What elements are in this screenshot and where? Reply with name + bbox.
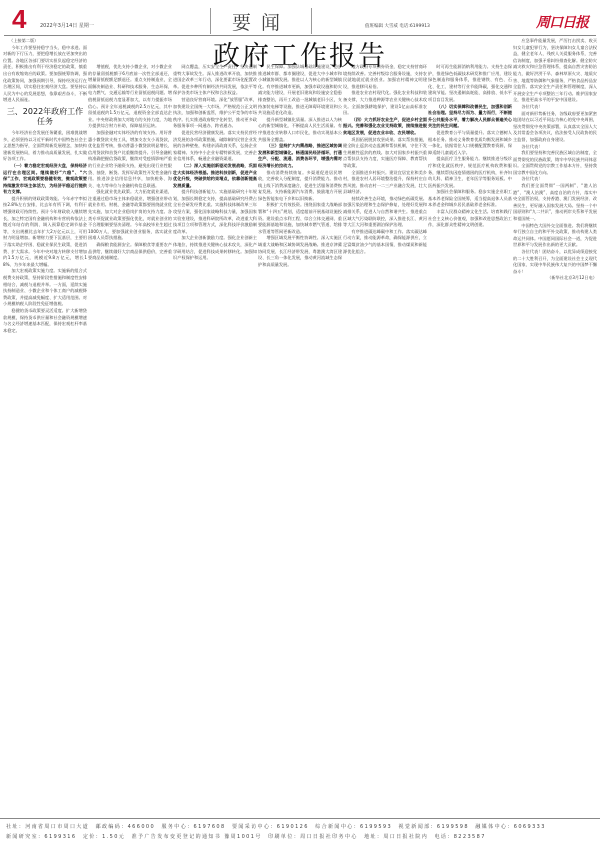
article-paragraph: 增值税，优先支持小微企业，对小微企业的存量留抵税额于6月底前一次性全部退还，增量… — [88, 64, 172, 130]
article-paragraph: 今年工作要坚持稳字当头、稳中求进。面对新的下行压力，要把稳增长放在更加突出的位置… — [3, 45, 87, 104]
footer-contact-line-1: 社址：河南省周口市周口大道 邮政编码：466000 服务中心：6197608 要… — [6, 823, 546, 830]
subsection-heading-paragraph: （四）大力抓好农业生产，促进乡村全面振兴。完善和强化农业支持政策，接续推进脱贫地… — [343, 117, 427, 137]
article-column-1: （上接第二版）今年工作要坚持稳字当头、稳中求进。面对新的下行压力，要把稳增长放在… — [3, 38, 87, 808]
article-paragraph: 我们要坚持和完善民族区域自治制度，全面贯彻党的民族政策，铸牢中华民族共同体意识。… — [513, 150, 597, 176]
page-header: 4 2022年3月14日 星期一 要闻 值班编辑 大雪威 电话:6199913 … — [0, 0, 600, 36]
subsection-heading-paragraph: （三）坚持扩大内需战略，推进区域协调发展和新型城镇化。畅通国民经济循环，打通生产… — [258, 143, 342, 169]
article-paragraph: 提升积极的财政政策效能。今年赤字率拟按2.8%左右安排，比去年有所下调，有利于增… — [3, 196, 87, 269]
article-column-7: 应急事件能量发展，严厉打击拐卖、收买妇女儿童犯罪行为，坚决保障妇女儿童合法权益，… — [513, 38, 597, 808]
article-paragraph: 有序推进碳达峰碳中和工作。落实碳达峰行动方案，推动能源革命，确保能源供应，立足富… — [343, 229, 427, 255]
article-paragraph: 加大宏观政策实施力度。实施新的组合式税费支持政策，坚持阶段性措施和制度性安排相结… — [3, 268, 87, 308]
section-name: 要闻 — [232, 8, 290, 35]
article-paragraph: 促进教育公平与质量提升。落实立德树人根本任务。推动义务教育优质均衡发展和城乡一体… — [428, 130, 512, 156]
article-column-2: 增值税，优先支持小微企业，对小微企业的存量留抵税额于6月底前一次性全部退还，增量… — [88, 38, 172, 834]
article-paragraph: 今年经济社会发展任务繁重，困难挑战增多，必须坚持以习近平新时代中国特色社会主义思… — [3, 130, 87, 163]
article-paragraph: 提高医疗卫生服务能力。继续推进分级诊疗和优化就医秩序，规范医疗机构收费和服务，继… — [428, 156, 512, 189]
article-paragraph: 增强区域发展平衡性协调性。深入实施区域重大战略和区域协调发展战略。推进京津冀协同… — [258, 235, 342, 268]
article-headline: 政府工作报告 — [180, 40, 420, 74]
article-column-5: 地方政府专项债券资金，稳定支持营商环境持续改善。完善村级综合服务设施，支持农民就… — [343, 38, 427, 834]
article-paragraph: 推进农业农村现代化。强化农业科技和装备支撑，大力推进种源等农业关键核心技术攻关。… — [343, 90, 427, 116]
editor-info: 值班编辑 大雪威 电话:6199913 — [365, 23, 430, 29]
dateline: （新华社北京3月12日电） — [513, 275, 597, 282]
article-paragraph: 各位代表！ — [513, 104, 597, 111]
article-paragraph: 推动消费持续恢复。多渠道促进居民增收，完善收入分配制度，提升消费能力。推动线上线… — [258, 170, 342, 203]
article-paragraph: 全面推进乡村振兴。建设宜居宜业和美乡村，推进农村人居环境整治提升，保持村庄自然风… — [343, 170, 427, 196]
article-paragraph: 加大企业创新激励力度。强化企业创新主体地位，持续推进关键核心技术攻关，深化产学研… — [173, 235, 257, 261]
article-paragraph: 加强金融对实体经济的有效支持。用好普惠小微贷款支持工具，增加支农支小再贷款，优化… — [88, 130, 172, 189]
article-paragraph: 加强社会保障和服务。稳步实施企业职工基本养老保险全国统筹，适当提高退休人员基本养… — [428, 189, 512, 209]
article-paragraph: 提升新型城镇化质量。深入推进以人为核心的新型城镇化，不断提高人民生活质量。有序推… — [258, 117, 342, 143]
article-paragraph: 时可再生能源消纳利用能力。支持生态保护，推进绿色低碳技术研发和推广应用，建设绿色… — [428, 64, 512, 104]
article-paragraph: 中国特色大国外交全面推进。我们将继续奉行独立自主的和平外交政策，推动构建人类命运… — [513, 223, 597, 249]
footer-contact-line-2: 新闻研究室：6199316 定价：1.50元 准予广告发布变更登记的通知书 豫周… — [6, 833, 486, 840]
section-heading: 三、2022年政府工作任务 — [3, 107, 87, 127]
article-paragraph: 营造良好营商环境。深化“放管服”改革，加快建设全国统一大市场，严格规范公正文明执… — [173, 97, 257, 130]
article-paragraph: 应急事件能量发展，严厉打击拐卖、收买妇女儿童犯罪行为，坚决保障妇女儿童合法权益，… — [513, 38, 597, 104]
article-paragraph: 面对新形势新任务，各级政府要更加紧密地团结在以习近平同志为核心的党中央周围，坚决… — [513, 111, 597, 144]
newspaper-logo: 周口日报 — [536, 12, 588, 32]
subsection-heading-paragraph: （八）切实保障和改善民生，加强和创新社会治理。坚持尽力而为、量力而行，不断提升公… — [428, 104, 512, 130]
subsection-heading-paragraph: （二）深入实施创新驱动发展战略，巩固壮大实体经济根基。推进科技创新，促进产业优化… — [173, 163, 257, 189]
article-paragraph: 持续改善生态环境，推动绿色低碳发展。加强污染治理和生态保护修复，处理好发展和减排… — [343, 196, 427, 229]
continued-from-note: （上接第二版） — [9, 38, 87, 45]
header-divider — [4, 35, 596, 36]
article-paragraph: 巩固拓展脱贫攻坚成果。落实帮扶措施，健全防止返贫动态监测和帮扶机制，守住不发生规… — [343, 137, 427, 170]
subsection-heading-paragraph: （一）着力稳定宏观经济大盘，保持经济运行在合理区间。继续做好“六稳”、“六保”工… — [3, 163, 87, 196]
article-column-3: 网点覆盖，压实安全生产责任，坚决遏制重特大事故发生。深入推进改革开放，加快推进国… — [173, 38, 257, 834]
article-paragraph: 强化就业优先政策。大力拓宽就业渠道，注重通过稳市场主体来稳就业，增强创业带动就业… — [88, 189, 172, 242]
section-label-box: 要闻 — [210, 8, 312, 34]
issue-date: 2022年3月14日 星期一 — [40, 22, 94, 29]
article-paragraph: 我们要全面贯彻“一国两制”、“港人治港”、“澳人治澳”、高度自治的方针，落实中央… — [513, 183, 597, 223]
article-paragraph: 促进民营经济健康发展。落实支持民营经济发展的各项政策措施，破除制约民营企业发展的… — [173, 130, 257, 163]
article-body: （上接第二版）今年工作要坚持稳字当头、稳中求进。面对新的下行压力，要把稳增长放在… — [3, 38, 597, 808]
article-paragraph: 各位代表！团结奋斗，以优异成绩迎接党的二十大胜利召开，为全面建设社会主义现代化国… — [513, 249, 597, 275]
page-footer: 社址：河南省周口市周口大道 邮政编码：466000 服务中心：6197608 要… — [0, 818, 600, 847]
article-paragraph: 积极扩大有效投资。围绕国家重大战略部署和“十四五”规划，适度超前开展基础设施投资… — [258, 202, 342, 235]
article-paragraph: 稳健的货币政策要灵活适度。扩大新增贷款规模，保持货币供应量和社会融资规模增速与名… — [3, 308, 87, 334]
article-paragraph: 提升科技创新能力。实施基础研究十年规划，加强长期稳定支持，提高基础研究经费占全社… — [173, 189, 257, 235]
page-number: 4 — [12, 6, 26, 32]
article-paragraph: 确保粮食能源安全。保障粮食等重要农产品供给，继续做好大宗商品保供稳价，完善重要商… — [88, 242, 172, 262]
article-column-6: 时可再生能源消纳利用能力。支持生态保护，推进绿色低碳技术研发和推广应用，建设绿色… — [428, 38, 512, 834]
article-paragraph: 丰富人民群众精神文化生活。培育和践行社会主义核心价值观，加强和改进思想政治工作，… — [428, 209, 512, 229]
article-column-4: 民生保障。加强县城基础设施建设，稳步推进城市群、都市圈建设，促进大中小城市和小城… — [258, 38, 342, 834]
